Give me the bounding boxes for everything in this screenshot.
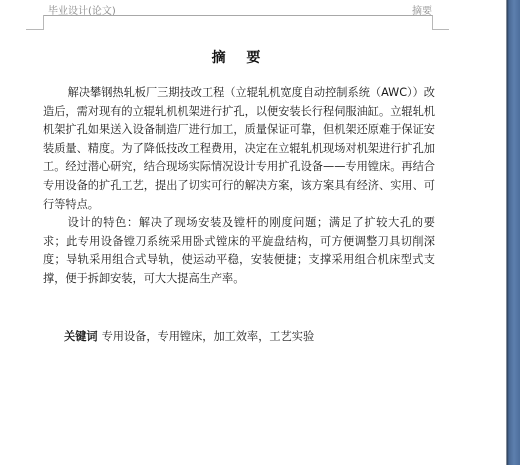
header-rule	[43, 15, 433, 16]
keywords-line: 关键词专用设备，专用镗床，加工效率，工艺实验	[64, 328, 314, 344]
page-title: 摘 要	[0, 47, 480, 67]
abstract-paragraph: 解决攀钢热轧板厂三期技改工程（立辊轧机宽度自动控制系统（AWC））改造后，需对现…	[43, 84, 435, 214]
window-edge-scrollbar[interactable]	[506, 0, 520, 465]
crop-mark-right-horizontal	[432, 29, 449, 30]
document-page: 毕业设计(论文) 摘要 摘 要 解决攀钢热轧板厂三期技改工程（立辊轧机宽度自动控…	[0, 0, 506, 465]
abstract-body: 解决攀钢热轧板厂三期技改工程（立辊轧机宽度自动控制系统（AWC））改造后，需对现…	[43, 84, 435, 289]
abstract-paragraph: 设计的特色：解决了现场安装及镗杆的刚度问题；满足了扩较大孔的要求；此专用设备镗刀…	[43, 214, 435, 288]
keywords-label: 关键词	[64, 330, 98, 343]
crop-mark-left-horizontal	[26, 29, 43, 30]
crop-mark-right	[432, 15, 433, 30]
crop-mark-left	[43, 15, 44, 30]
keywords-list: 专用设备，专用镗床，加工效率，工艺实验	[102, 330, 315, 343]
